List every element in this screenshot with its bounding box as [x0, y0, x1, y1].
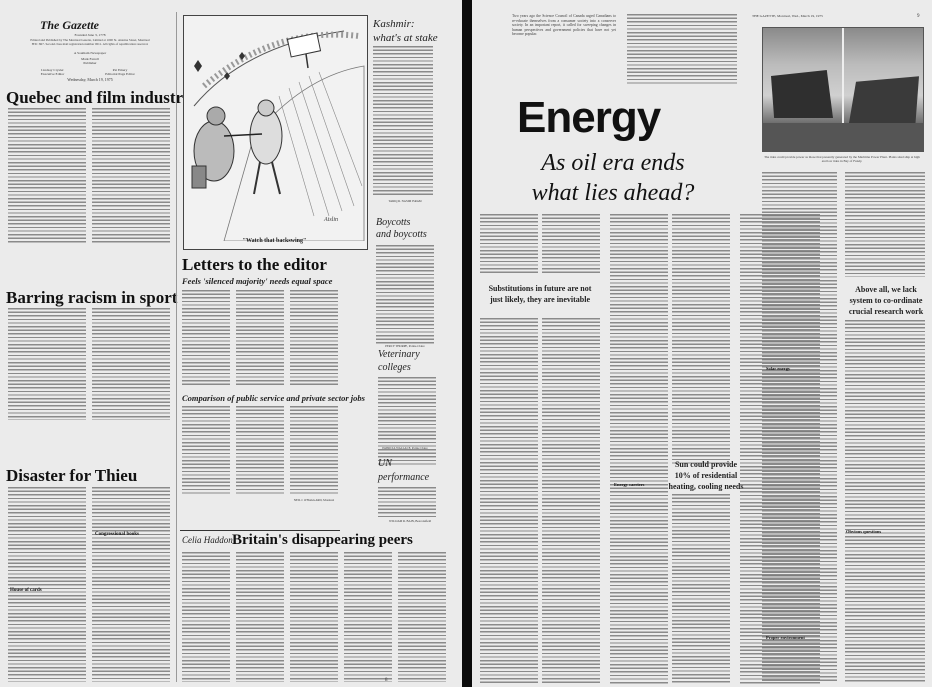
masthead-date: Wednesday, March 19, 1975 [20, 77, 160, 82]
un-body [378, 487, 436, 517]
kashmir-signature: TARIQ R. NASIM ISRAM [380, 199, 430, 203]
feature-body-column [236, 552, 284, 682]
energy-body-column [480, 318, 538, 683]
energy-body-column [845, 172, 925, 277]
tidal-power-photo [762, 27, 924, 152]
energy-intro-text: Two years ago the Science Council of Can… [512, 14, 616, 80]
section-head-solar: Solar energy [766, 366, 790, 371]
feature-body-column [182, 552, 230, 682]
un-signature: WILLIAM R. BAIN, Beaconsfield [385, 519, 435, 523]
photo-caption: The tides could provide power as those t… [762, 155, 922, 167]
letter-signature: NEIL J. O'HAGGARD, Montreal [290, 498, 338, 502]
un-title: UN [378, 458, 392, 469]
page-editor-title: Editorial Page Editor [90, 72, 150, 76]
article-body-column [8, 108, 86, 243]
letter-body-column [290, 406, 338, 496]
feature-byline: Celia Haddon [182, 535, 233, 545]
letter-body-column [236, 406, 284, 496]
energy-body-column [672, 214, 730, 464]
veterinary-title: Veterinary [378, 349, 420, 360]
article-body-column [8, 487, 86, 682]
masthead-imprint: Printed and Published by The Montreal Ga… [30, 38, 150, 50]
kashmir-title: Kashmir: [373, 18, 415, 30]
headline-barring-racism: Barring racism in sport [6, 288, 177, 308]
section-rule [180, 530, 340, 531]
page-number: 8 [385, 678, 388, 683]
letter-body-column [290, 290, 338, 385]
exec-editor-title: Executive Editor [25, 72, 80, 76]
boycotts-body [376, 245, 434, 345]
energy-body-column [542, 214, 600, 274]
energy-subheadline: As oil era ends what lies ahead? [518, 148, 708, 208]
cartoon-caption: "Watch that backswing" [183, 238, 366, 244]
boycotts-title: Boycotts [376, 217, 410, 228]
article-body-column [92, 308, 170, 420]
pull-quote-substitutions: Substitutions in future are not just lik… [484, 283, 596, 305]
section-head-questions: Obvious questions [846, 529, 881, 534]
page-gutter [462, 0, 472, 687]
energy-body-column [672, 494, 730, 684]
publisher-title: Publisher [20, 61, 160, 65]
feature-body-column [290, 552, 338, 682]
article-body-column [92, 487, 170, 682]
article-body-column [8, 308, 86, 420]
feature-headline: Britain's disappearing peers [232, 532, 413, 549]
energy-body-column [480, 214, 538, 274]
masthead-title: The Gazette [40, 18, 99, 33]
headline-disaster-thieu: Disaster for Thieu [6, 466, 137, 486]
veterinary-signature: PATRICIA WALLACE, Pointe Claire [380, 446, 430, 450]
letter-body-column [182, 406, 230, 496]
boycotts-signature: PERCY THORPE, Pointe-Claire [380, 344, 430, 348]
kashmir-subtitle: what's at stake [373, 32, 438, 44]
pull-quote-sun: Sun could provide 10% of residential hea… [668, 459, 744, 492]
page-number: 9 [917, 14, 920, 19]
headline-quebec-film: Quebec and film industry [6, 88, 192, 108]
svg-text:Aislin: Aislin [323, 217, 338, 223]
veterinary-body [378, 377, 436, 467]
feature-body-column [398, 552, 446, 682]
editorial-cartoon: Aislin [183, 15, 368, 250]
left-newspaper-page: The Gazette Founded June 3, 1778 Printed… [0, 0, 462, 687]
feature-body-column [344, 552, 392, 682]
letter-body-column [236, 290, 284, 385]
subhead-house-of-cards: House of cards [10, 588, 42, 593]
un-subtitle: performance [378, 472, 429, 483]
letters-headline: Letters to the editor [182, 255, 327, 275]
veterinary-subtitle: colleges [378, 362, 411, 373]
pull-quote-research: Above all, we lack system to co-ordinate… [845, 284, 927, 317]
letters-subhead: Feels 'silenced majority' needs equal sp… [182, 276, 332, 286]
letters-subhead-2: Comparison of public service and private… [182, 393, 365, 403]
column-divider [176, 12, 177, 682]
energy-headline: Energy [517, 93, 660, 143]
energy-body-column [610, 214, 668, 684]
folio: THE GAZETTE, Montreal, Wed., March 19, 1… [752, 14, 782, 18]
ship-image [771, 58, 833, 118]
energy-body-column [762, 172, 837, 682]
article-body-column [92, 108, 170, 243]
kashmir-body [373, 46, 433, 196]
section-head-carriers: Energy carriers [614, 482, 644, 487]
subhead-congressional-books: Congressional books [95, 532, 139, 537]
section-head-environment: Proper environment [766, 635, 805, 640]
masthead-founded: Founded June 3, 1778 [20, 33, 160, 37]
energy-body-column [845, 320, 925, 682]
cartoon-drawing-icon: Aislin [184, 16, 367, 241]
boycotts-subtitle: and boycotts [376, 229, 427, 240]
masthead-tagline: A Southam Newspaper [20, 51, 160, 55]
energy-body-column [542, 318, 600, 683]
ship-image [849, 68, 919, 123]
letter-body-column [182, 290, 230, 385]
energy-intro-continued [627, 14, 737, 84]
